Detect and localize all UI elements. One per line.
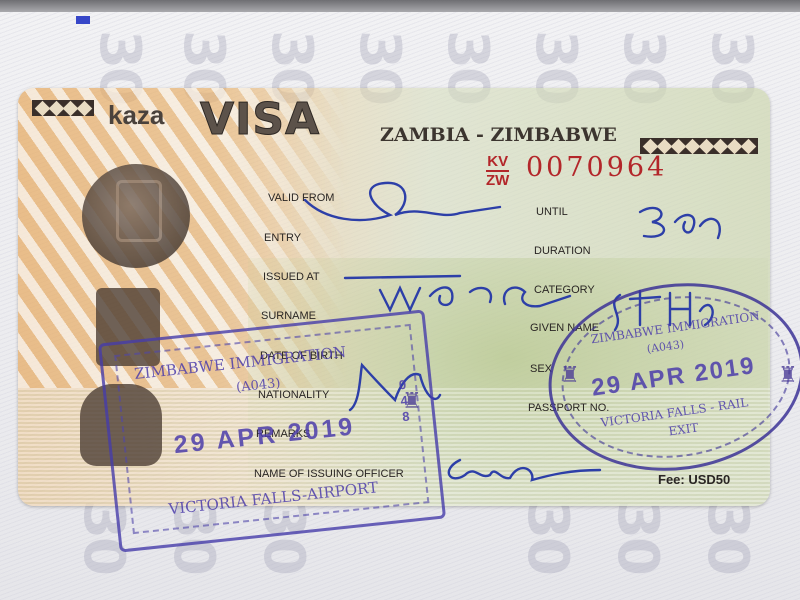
decorative-border-left [32,100,94,116]
kaza-logo: kaza [108,100,164,131]
handwritten-until-value [630,200,730,250]
serial-number: 0070964 [526,152,667,183]
label-surname: SURNAME [261,310,316,322]
visa-title: VISA [200,94,320,145]
prefix-kv: KV [486,154,509,169]
watermark: 30 [695,500,760,574]
handwritten-signature-valid-from [300,175,530,245]
label-until: UNTIL [536,206,568,218]
passport-page: 30 30 30 30 30 30 30 30 30 30 30 30 30 3… [0,0,800,600]
label-entry: ENTRY [264,232,301,244]
label-duration: DURATION [534,245,591,257]
watermark: 30 [605,500,670,574]
hologram-seal-icon [82,164,190,268]
handwritten-issued-at-value [340,270,600,320]
issuing-countries: ZAMBIA - ZIMBABWE [380,124,617,146]
zimbabwe-bird-icon: ♜ [560,362,580,388]
ink-mark [76,16,90,24]
visa-fee: Fee: USD50 [658,472,730,487]
zimbabwe-bird-icon: ♜ [778,362,798,388]
watermark: 30 [515,500,580,574]
zimbabwe-bird-icon: ♜ [402,388,422,414]
entry-stamp: ZIMBABWE IMMIGRATION (A043) 29 APR 2019 … [98,309,446,552]
label-issued-at: ISSUED AT [263,271,320,283]
passport-page-edge [0,0,800,12]
